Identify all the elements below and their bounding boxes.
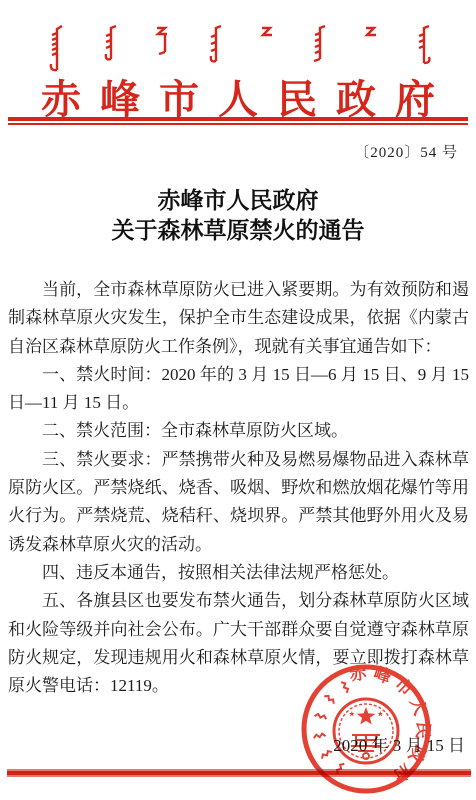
paragraph-item-3: 三、禁火要求：严禁携带火种及易燃易爆物品进入森林草原防火区。严禁烧纸、烧香、吸烟… bbox=[8, 446, 469, 559]
document-title-line2: 关于森林草原禁火的通告 bbox=[0, 216, 476, 246]
masthead-divider bbox=[8, 117, 468, 125]
paragraph-item-4: 四、违反本通告，按照相关法律法规严格惩处。 bbox=[8, 559, 469, 587]
national-emblem-icon bbox=[334, 699, 398, 763]
paragraph-item-1: 一、禁火时间：2020 年的 3 月 15 日—6 月 15 日、9 月 15 … bbox=[8, 361, 469, 418]
mongolian-script-glyph bbox=[207, 25, 223, 65]
mongolian-script-glyph bbox=[363, 25, 378, 41]
document-number: 〔2020〕54 号 bbox=[354, 141, 458, 162]
divider-thick-line bbox=[8, 117, 468, 121]
mongolian-script-glyph bbox=[102, 25, 118, 63]
mongolian-script-row bbox=[48, 25, 432, 73]
mongolian-script-glyph bbox=[48, 25, 65, 73]
mongolian-script-glyph bbox=[259, 25, 274, 41]
mongolian-script-glyph bbox=[154, 25, 170, 55]
document-title-line1: 赤峰市人民政府 bbox=[0, 186, 476, 216]
seal-text: 赤峰市人民政府 bbox=[348, 662, 432, 789]
mongolian-script-glyph bbox=[415, 25, 432, 67]
document-title: 赤峰市人民政府 关于森林草原禁火的通告 bbox=[0, 186, 476, 246]
mongolian-script-glyph bbox=[311, 25, 327, 63]
notice-body: 当前，全市森林草原防火已进入紧要期。为有效预防和遏制森林草原火灾发生，保护全市生… bbox=[8, 276, 469, 700]
government-notice-document: 赤峰市人民政府 〔2020〕54 号 赤峰市人民政府 关于森林草原禁火的通告 当… bbox=[0, 0, 476, 800]
paragraph-item-2: 二、禁火范围：全市森林草原防火区域。 bbox=[8, 417, 469, 445]
government-seal: 赤峰市人民政府 bbox=[296, 659, 436, 799]
seal-mongolian-script bbox=[313, 681, 349, 774]
divider-thin-line bbox=[8, 123, 468, 125]
paragraph-intro: 当前，全市森林草原防火已进入紧要期。为有效预防和遏制森林草原火灾发生，保护全市生… bbox=[8, 276, 469, 361]
